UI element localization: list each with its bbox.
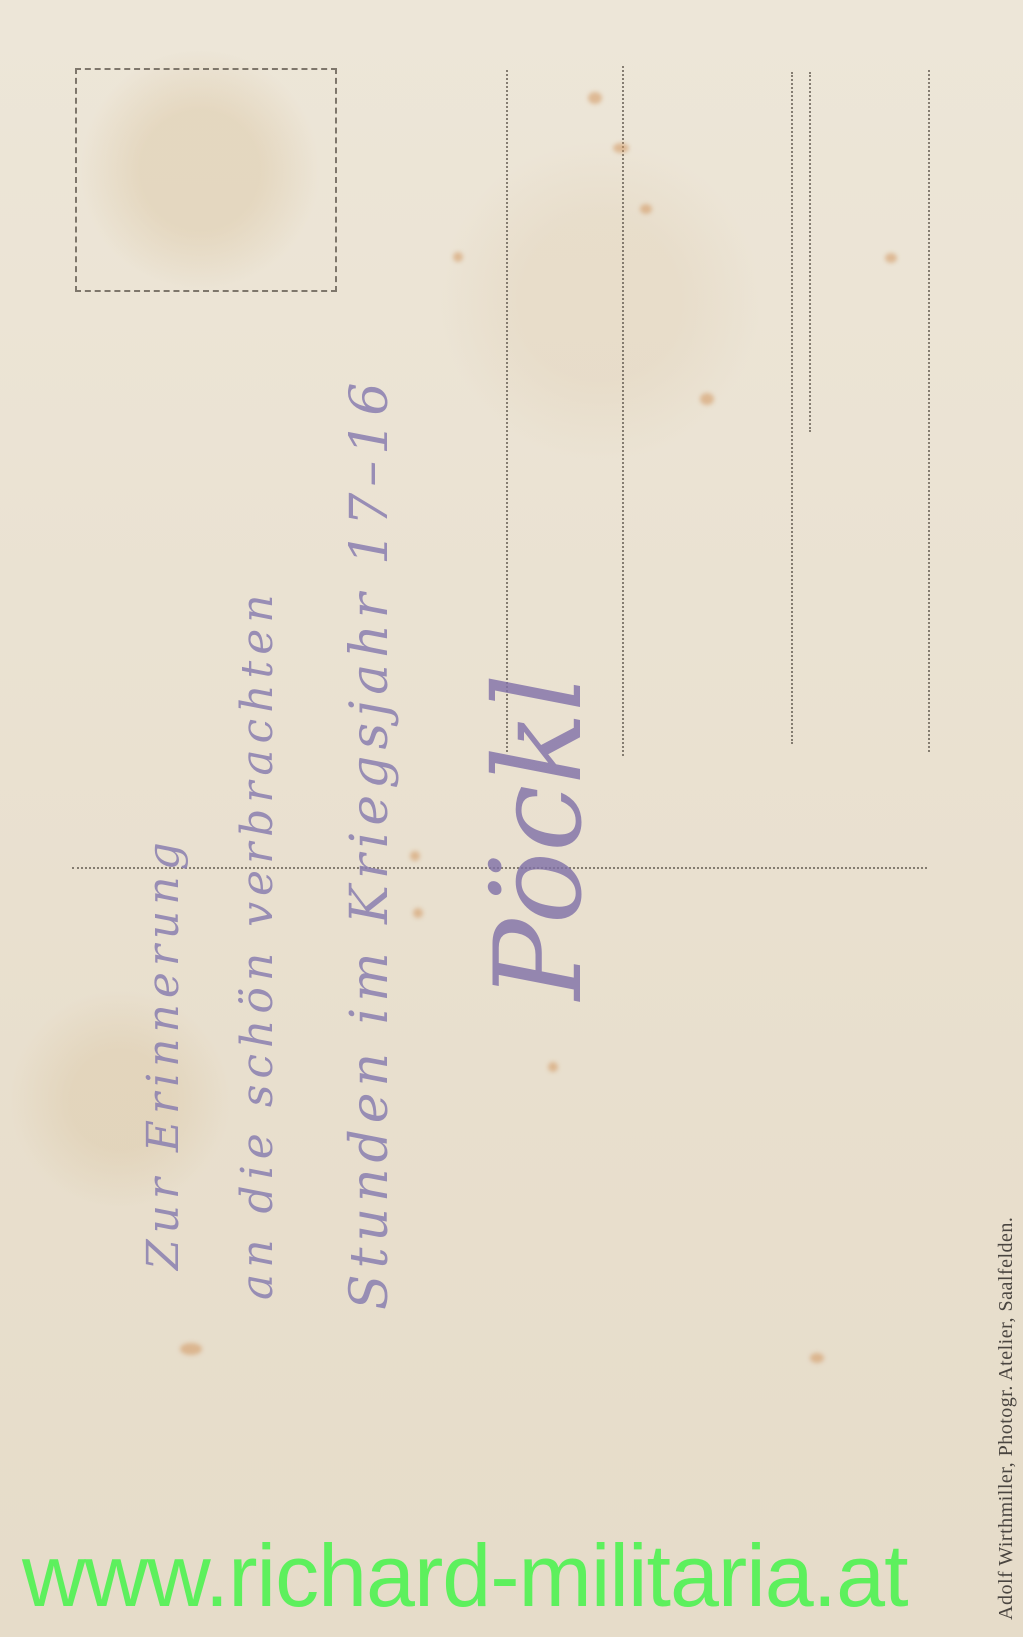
foxing-spot <box>640 204 652 214</box>
foxing-spot <box>180 1343 202 1355</box>
stamp-placeholder-box <box>75 68 337 292</box>
foxing-spot <box>413 908 423 918</box>
foxing-spot <box>700 393 714 405</box>
postcard-back: Zur Erinnerung an die schön verbrachten … <box>0 0 1023 1637</box>
address-line-1 <box>506 70 508 752</box>
foxing-spot <box>548 1062 558 1072</box>
foxing-spot <box>810 1353 824 1363</box>
photographer-imprint: Adolf Wirthmiller, Photogr. Atelier, Saa… <box>995 1217 1018 1620</box>
foxing-spot <box>885 253 897 263</box>
address-line-3b <box>809 72 811 432</box>
handwriting-line-3: Stunden im Kriegsjahr 17–16 <box>340 377 400 1310</box>
handwriting-line-1: Zur Erinnerung <box>138 836 189 1270</box>
foxing-spot <box>410 851 420 861</box>
address-line-3 <box>791 72 793 744</box>
signature: Pöckl <box>470 674 609 1000</box>
foxing-spot <box>613 143 629 153</box>
foxing-spot <box>588 92 602 104</box>
address-line-2 <box>622 66 624 756</box>
handwriting-line-2: an die schön verbrachten <box>232 588 283 1300</box>
foxing-spot <box>453 252 463 262</box>
address-line-4 <box>928 70 930 752</box>
watermark-url: www.richard-militaria.at <box>22 1532 908 1620</box>
